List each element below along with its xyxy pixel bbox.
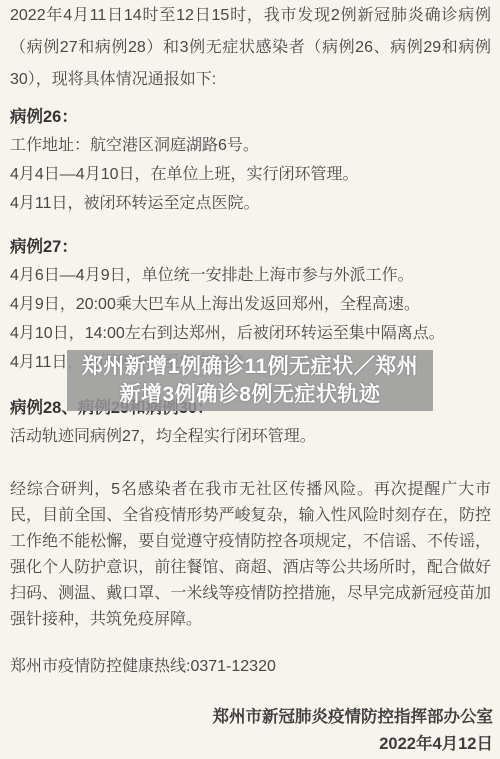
case-27-title: 病例27： bbox=[10, 233, 491, 261]
intro-paragraph: 2022年4月11日14时至12日15时，我市发现2例新冠肺炎确诊病例（病例27… bbox=[10, 0, 491, 96]
case-26-section: 病例26： 工作地址：航空港区洞庭湖路6号。 4月4日—4月10日，在单位上班，… bbox=[10, 103, 491, 218]
case-27-line: 4月9日，20:00乘大巴车从上海出发返回郑州，全程高速。 bbox=[10, 290, 491, 319]
issuer-line: 郑州市新冠肺炎疫情防控指挥部办公室 bbox=[10, 704, 493, 731]
case-27-line: 4月10日，14:00左右到达郑州，后被闭环转运至集中隔离点。 bbox=[10, 319, 491, 348]
advisory-paragraph: 经综合研判，5名感染者在我市无社区传播风险。再次提醒广大市民，目前全国、全省疫情… bbox=[10, 477, 491, 633]
watermark-line-2: 新增3例确诊8例无症状轨迹 bbox=[67, 381, 433, 409]
case-26-title: 病例26： bbox=[10, 103, 491, 131]
case-26-line: 4月11日，被闭环转运至定点医院。 bbox=[10, 189, 491, 218]
watermark-overlay: 郑州新增1例确诊11例无症状／郑州 新增3例确诊8例无症状轨迹 bbox=[67, 350, 433, 411]
issue-date-line: 2022年4月12日 bbox=[10, 731, 493, 758]
hotline-line: 郑州市疫情防控健康热线:0371-12320 bbox=[10, 654, 491, 680]
watermark-line-1: 郑州新增1例确诊11例无症状／郑州 bbox=[67, 353, 433, 381]
case-26-line: 工作地址：航空港区洞庭湖路6号。 bbox=[10, 131, 491, 160]
case-26-line: 4月4日—4月10日，在单位上班，实行闭环管理。 bbox=[10, 160, 491, 189]
case-27-line: 4月6日—4月9日，单位统一安排赴上海市参与外派工作。 bbox=[10, 261, 491, 290]
epidemic-notice-page: 2022年4月11日14时至12日15时，我市发现2例新冠肺炎确诊病例（病例27… bbox=[0, 0, 500, 759]
signature-block: 郑州市新冠肺炎疫情防控指挥部办公室 2022年4月12日 bbox=[10, 704, 493, 758]
case-28-29-30-line: 活动轨迹同病例27，均全程实行闭环管理。 bbox=[10, 422, 491, 451]
